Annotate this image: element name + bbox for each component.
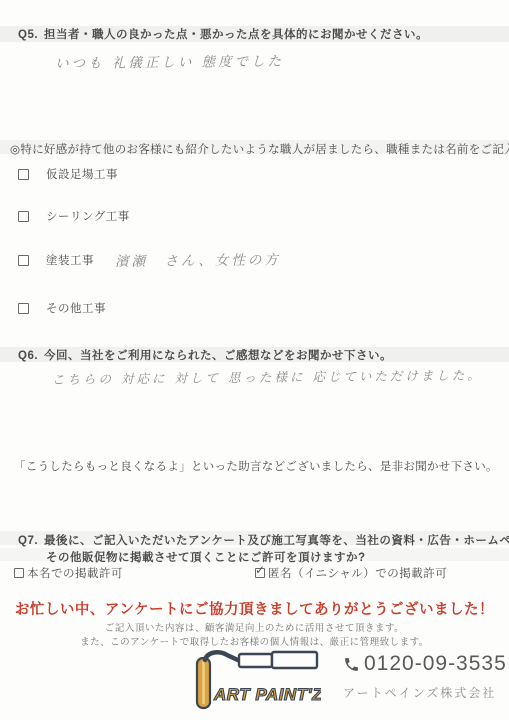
footer-note-1: ご記入頂いた内容は、顧客満足向上のために活用させて頂きます。 <box>0 620 509 634</box>
perm-realname: 本名での掲載許可 <box>14 565 123 581</box>
phone-number: 0120-09-3535 <box>364 652 507 676</box>
footer-note-2: また、このアンケートで取得したお客様の個人情報は、厳正に管理致します。 <box>0 634 509 648</box>
advice-prompt: 「こうしたらもっと良くなるよ」といった助言などございましたら、是非お聞かせ下さい… <box>14 458 498 474</box>
q6-heading: Q6.今回、当社をご利用になられた、ご感想などをお聞かせ下さい。 <box>18 347 392 363</box>
checkbox-scaffold[interactable] <box>18 169 29 180</box>
q6-question: 今回、当社をご利用になられた、ご感想などをお聞かせ下さい。 <box>44 350 392 362</box>
phone-row: 0120-09-3535 <box>343 652 507 676</box>
checkbox-anonymous[interactable] <box>255 568 265 578</box>
checkbox-sealing[interactable] <box>18 211 29 222</box>
q5-question: 担当者・職人の良かった点・悪かった点を具体的にお聞かせください。 <box>44 29 428 41</box>
phone-icon <box>343 656 360 673</box>
thanks-message: お忙しい中、アンケートにご協力頂きましてありがとうございました！ <box>0 598 509 619</box>
checkbox-other[interactable] <box>18 303 29 314</box>
referral-option-other: その他工事 <box>18 300 106 316</box>
checkbox-label: 仮設足場工事 <box>46 166 118 182</box>
q7-label: Q7. <box>18 535 38 547</box>
referral-option-sealing: シーリング工事 <box>18 208 130 224</box>
survey-scan-page: Q5.担当者・職人の良かった点・悪かった点を具体的にお聞かせください。 いつも … <box>0 0 509 720</box>
logo-wordmark: ART PAINT'Z <box>213 685 321 704</box>
company-name: アートペインズ株式会社 <box>343 684 507 701</box>
checkbox-label: 塗装工事 <box>46 252 94 268</box>
perm-anonymous: 匿名（イニシャル）での掲載許可 <box>255 565 447 581</box>
checkbox-painting[interactable] <box>18 255 29 266</box>
q5-heading: Q5.担当者・職人の良かった点・悪かった点を具体的にお聞かせください。 <box>18 26 428 42</box>
referral-intro: ◎特に好感が持て他のお客様にも紹介したいような職人が居ましたら、職種または名前を… <box>10 141 509 157</box>
painting-handwritten-note: 濱瀬 さん、女性の方 <box>115 248 281 270</box>
perm-anonymous-label: 匿名（イニシャル）での掲載許可 <box>268 565 447 581</box>
referral-option-scaffold: 仮設足場工事 <box>18 166 118 182</box>
q5-label: Q5. <box>18 29 38 41</box>
q6-handwritten-answer: こちらの 対応に 対して 思った様に 応じていただけました。 <box>52 365 483 388</box>
checkbox-label: シーリング工事 <box>46 208 130 224</box>
q7-heading-line1: Q7.最後に、ご記入いただいたアンケート及び施工写真等を、当社の資料・広告・ホー… <box>18 532 509 548</box>
contact-block: 0120-09-3535 アートペインズ株式会社 <box>343 648 507 701</box>
q7-question-line1: 最後に、ご記入いただいたアンケート及び施工写真等を、当社の資料・広告・ホームペー… <box>44 535 509 547</box>
q7-heading-line2: その他販促物に掲載させて頂くことにご許可を頂けますか? <box>46 549 366 565</box>
paint-roller-logo-icon: ART PAINT'Z <box>193 648 321 712</box>
footer-brand-block: ART PAINT'Z 0120-09-3535 アートペインズ株式会社 <box>193 648 507 712</box>
q5-handwritten-answer: いつも 礼儀正しい 態度でした <box>55 50 284 72</box>
checkbox-realname[interactable] <box>14 568 24 578</box>
checkbox-label: その他工事 <box>46 300 106 316</box>
q6-label: Q6. <box>18 350 38 362</box>
perm-realname-label: 本名での掲載許可 <box>27 565 123 581</box>
referral-option-painting: 塗装工事 濱瀬 さん、女性の方 <box>18 250 281 270</box>
